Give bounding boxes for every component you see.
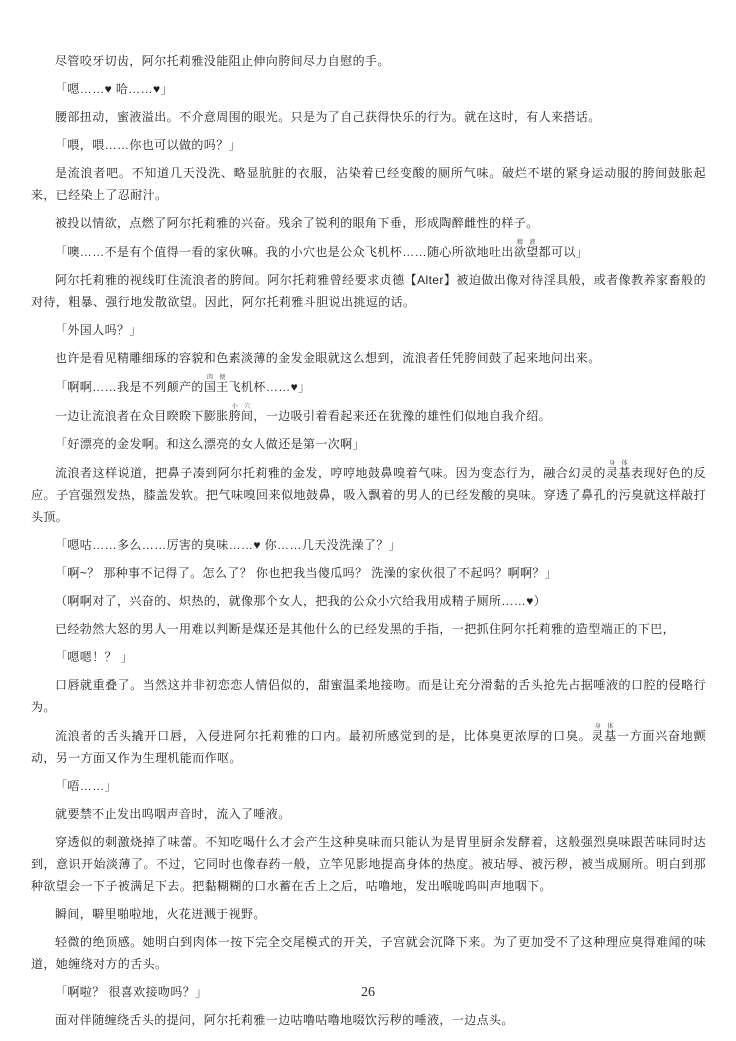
- ruby-annotation: 国王肉便: [204, 380, 229, 394]
- paragraph: （啊啊对了，兴奋的、炽热的，就像那个女人，把我的公众小穴给我用成精子厕所……♥）: [31, 590, 706, 612]
- paragraph: 流浪者这样说道，把鼻子凑到阿尔托莉雅的金发，哼哼地鼓鼻嗅着气味。因为变态行为，融…: [31, 461, 706, 528]
- paragraph: 已经勃然大怒的男人一用难以判断是煤还是其他什么的已经发黑的手指，一把抓住阿尔托莉…: [31, 618, 706, 640]
- paragraph: 「好漂亮的金发啊。和这么漂亮的女人做还是第一次啊」: [31, 433, 706, 455]
- paragraph: 面对伴随缠绕舌头的提问，阿尔托莉雅一边咕噜咕噜地啜饮污秽的唾液，一边点头。: [31, 1009, 706, 1031]
- page-number: 26: [0, 985, 736, 1001]
- paragraph: 「嗯嗯！？ 」: [31, 646, 706, 668]
- paragraph: 「啊~？ 那种事不记得了。怎么了？ 你也把我当傻瓜吗？ 洗澡的家伙很了不起吗？啊…: [31, 562, 706, 584]
- paragraph: 瞬间，噼里啪啦地，火花迸溅于视野。: [31, 903, 706, 925]
- paragraph: 「外国人吗？」: [31, 319, 706, 341]
- paragraph: 是流浪者吧。不知道几天没洗、略显肮脏的衣服，沾染着已经变酸的厕所气味。破烂不堪的…: [31, 162, 706, 206]
- ruby-annotation: 胯间小穴: [229, 409, 254, 423]
- paragraph: 「唔……」: [31, 775, 706, 797]
- paragraph: 「啊啊……我是不列颠产的国王肉便飞机杯……♥」: [31, 375, 706, 398]
- paragraph: 被投以情欲，点燃了阿尔托莉雅的兴奋。残余了锐利的眼角下垂，形成陶醉雌性的样子。: [31, 212, 706, 234]
- paragraph: 就要禁不止发出呜咽声音时，流入了唾液。: [31, 803, 706, 825]
- paragraph: 「喂，喂……你也可以做的吗？」: [31, 134, 706, 156]
- ruby-annotation: 灵基身体: [591, 729, 617, 743]
- ruby-annotation: 欲望精液: [514, 245, 539, 259]
- paragraph: 也许是看见精雕细琢的容貌和色素淡薄的金发金眼就这么想到，流浪者任凭胯间鼓了起来地…: [31, 347, 706, 369]
- paragraph: 穿透似的刺激烧掉了味蕾。不知吃喝什么才会产生这种臭味而只能认为是胃里厨余发酵着，…: [31, 831, 706, 897]
- ruby-annotation: 灵基身体: [606, 466, 631, 480]
- paragraph: 「嗯……♥ 哈……♥」: [31, 78, 706, 100]
- document-page: 尽管咬牙切齿，阿尔托莉雅没能阻止伸向胯间尽力自慰的手。「嗯……♥ 哈……♥」腰部…: [0, 0, 736, 1041]
- paragraph: 尽管咬牙切齿，阿尔托莉雅没能阻止伸向胯间尽力自慰的手。: [31, 50, 706, 72]
- text-body: 尽管咬牙切齿，阿尔托莉雅没能阻止伸向胯间尽力自慰的手。「嗯……♥ 哈……♥」腰部…: [31, 50, 706, 1031]
- paragraph: 「嗯咕……多么……厉害的臭味……♥ 你……几天没洗澡了？」: [31, 534, 706, 556]
- paragraph: 口唇就重叠了。当然这并非初恋恋人情侣似的，甜蜜温柔地接吻。而是让充分滑黏的舌头抢…: [31, 674, 706, 718]
- paragraph: 阿尔托莉雅的视线盯住流浪者的胯间。阿尔托莉雅曾经要求贞德【Alter】被迫做出像…: [31, 269, 706, 313]
- paragraph: 轻微的绝顶感。她明白到肉体一按下完全交尾模式的开关，子宫就会沉降下来。为了更加受…: [31, 931, 706, 975]
- paragraph: 流浪者的舌头撬开口唇，入侵进阿尔托莉雅的口内。最初所感觉到的是，比体臭更浓厚的口…: [31, 724, 706, 769]
- paragraph: 「噢……不是有个值得一看的家伙嘛。我的小穴也是公众飞机杯……随心所欲地吐出欲望精…: [31, 240, 706, 263]
- paragraph: 一边让流浪者在众目睽睽下膨胀胯间小穴，一边吸引着看起来还在犹豫的雄性们似地自我介…: [31, 404, 706, 427]
- paragraph: 腰部扭动，蜜液溢出。不介意周围的眼光。只是为了自己获得快乐的行为。就在这时，有人…: [31, 106, 706, 128]
